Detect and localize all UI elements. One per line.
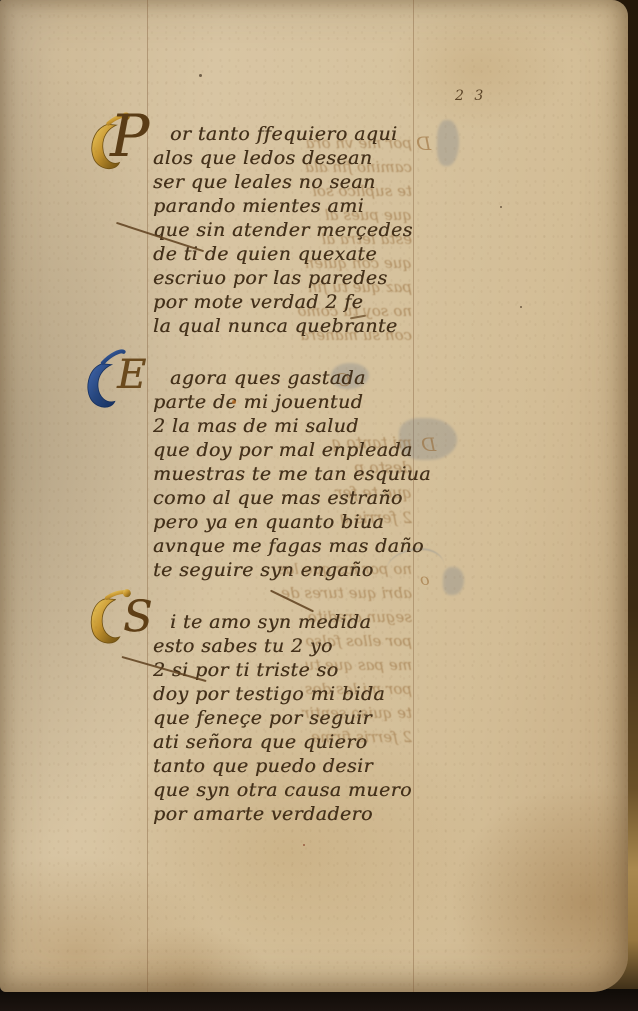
stanza-line: or tanto ffequiero aqui bbox=[153, 122, 421, 146]
ink-speck bbox=[520, 306, 522, 308]
stanza-3: i te amo syn medida esto sabes tu 2 yo 2… bbox=[153, 610, 421, 826]
stanza-2: agora ques gastada parte de mi jouentud … bbox=[153, 366, 421, 582]
stanza-line: que sin atender merçedes bbox=[153, 218, 421, 242]
bleedthrough-line: abri que tures de bbox=[336, 581, 412, 605]
stanza-line: de ti de quien quexate bbox=[153, 242, 421, 266]
stanza-line: te seguire syn engaño bbox=[153, 558, 421, 582]
folio-number: 2 3 bbox=[455, 88, 486, 104]
stanza-line: alos que ledos desean bbox=[153, 146, 421, 170]
ink-speck bbox=[303, 844, 305, 846]
stanza-line: parte de mi jouentud bbox=[153, 390, 421, 414]
illuminated-initial-E: E bbox=[117, 352, 146, 398]
bleedthrough-initial: D bbox=[421, 434, 436, 456]
stanza-line: doy por testigo mi bida bbox=[153, 682, 421, 706]
stain-speck bbox=[232, 400, 236, 404]
stanza-line: agora ques gastada bbox=[153, 366, 421, 390]
page-bottom-shadow bbox=[0, 989, 638, 1011]
manuscript-page: 2 3 D C D o por me vn ora camino fin ala… bbox=[0, 0, 628, 992]
ink-speck bbox=[500, 206, 502, 208]
stanza-line: pero ya en quanto biua bbox=[153, 510, 421, 534]
stanza-line: parando mientes ami bbox=[153, 194, 421, 218]
stanza-line: i te amo syn medida bbox=[153, 610, 421, 634]
stanza-line: como al que mas estraño bbox=[153, 486, 421, 510]
manuscript-photo: 2 3 D C D o por me vn ora camino fin ala… bbox=[0, 0, 638, 1011]
stanza-line: la qual nunca quebrante bbox=[153, 314, 421, 338]
stanza-line: esto sabes tu 2 yo bbox=[153, 634, 421, 658]
illuminated-initial-P: P bbox=[110, 102, 149, 170]
stanza-line: escriuo por las paredes bbox=[153, 266, 421, 290]
stanza-line: que doy por mal enpleada bbox=[153, 438, 421, 462]
stanza-line: muestras te me tan esquiua bbox=[153, 462, 421, 486]
bleedthrough-paraph bbox=[443, 567, 464, 595]
ink-speck bbox=[199, 74, 202, 77]
illuminated-initial-S: S bbox=[123, 592, 152, 642]
bleedthrough-initial: o bbox=[420, 570, 430, 589]
stanza-line: que feneçe por seguir bbox=[153, 706, 421, 730]
stanza-line: avnque me fagas mas daño bbox=[153, 534, 421, 558]
stanza-line: por amarte verdadero bbox=[153, 802, 421, 826]
stanza-line: tanto que puedo desir bbox=[153, 754, 421, 778]
bleedthrough-paraph bbox=[437, 120, 459, 166]
stanza-line: 2 la mas de mi salud bbox=[153, 414, 421, 438]
stanza-line: que syn otra causa muero bbox=[153, 778, 421, 802]
stanza-line: ser que leales no sean bbox=[153, 170, 421, 194]
stanza-1: or tanto ffequiero aqui alos que ledos d… bbox=[153, 122, 421, 338]
stanza-line: por mote verdad 2 fe bbox=[153, 290, 421, 314]
stanza-line: ati señora que quiero bbox=[153, 730, 421, 754]
